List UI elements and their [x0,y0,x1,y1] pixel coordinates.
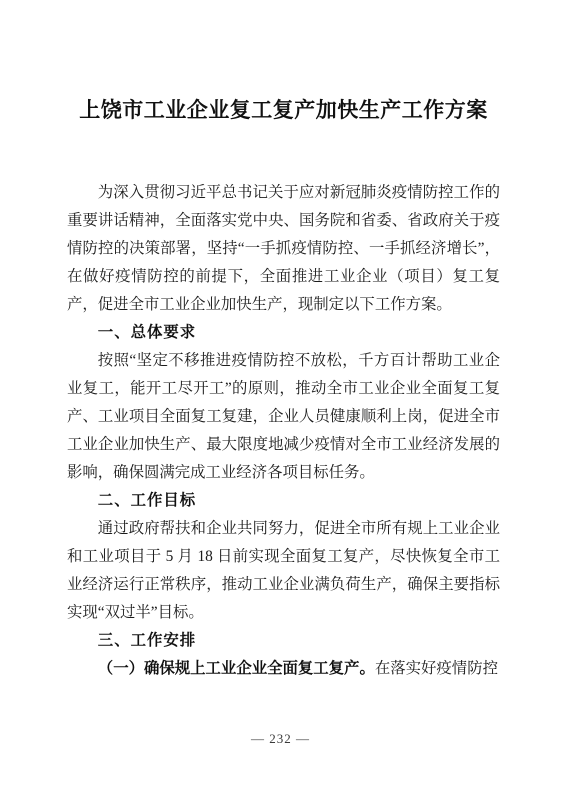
section-heading-overall-requirements: 一、总体要求 [67,319,500,347]
paragraph-intro: 为深入贯彻习近平总书记关于应对新冠肺炎疫情防控工作的重要讲话精神，全面落实党中央… [67,179,500,319]
section-heading-work-goals: 二、工作目标 [67,487,500,515]
document-content: 上饶市工业企业复工复产加快生产工作方案 为深入贯彻习近平总书记关于应对新冠肺炎疫… [67,93,500,683]
paragraph-work-arrangement-item1: （一）确保规上工业企业全面复工复产。在落实好疫情防控 [67,655,500,683]
paragraph-work-goals: 通过政府帮扶和企业共同努力，促进全市所有规上工业企业和工业项目于 5 月 18 … [67,515,500,627]
paragraph-overall-requirements: 按照“坚定不移推进疫情防控不放松，千方百计帮助工业企业复工，能开工尽开工”的原则… [67,347,500,487]
section-heading-work-arrangement: 三、工作安排 [67,627,500,655]
page-number: — 232 — [0,729,561,749]
item1-lead-text: （一）确保规上工业企业全面复工复产。 [98,660,375,677]
document-title: 上饶市工业企业复工复产加快生产工作方案 [67,93,500,127]
document-page: 上饶市工业企业复工复产加快生产工作方案 为深入贯彻习近平总书记关于应对新冠肺炎疫… [0,0,561,793]
item1-body-text: 在落实好疫情防控 [375,660,498,677]
